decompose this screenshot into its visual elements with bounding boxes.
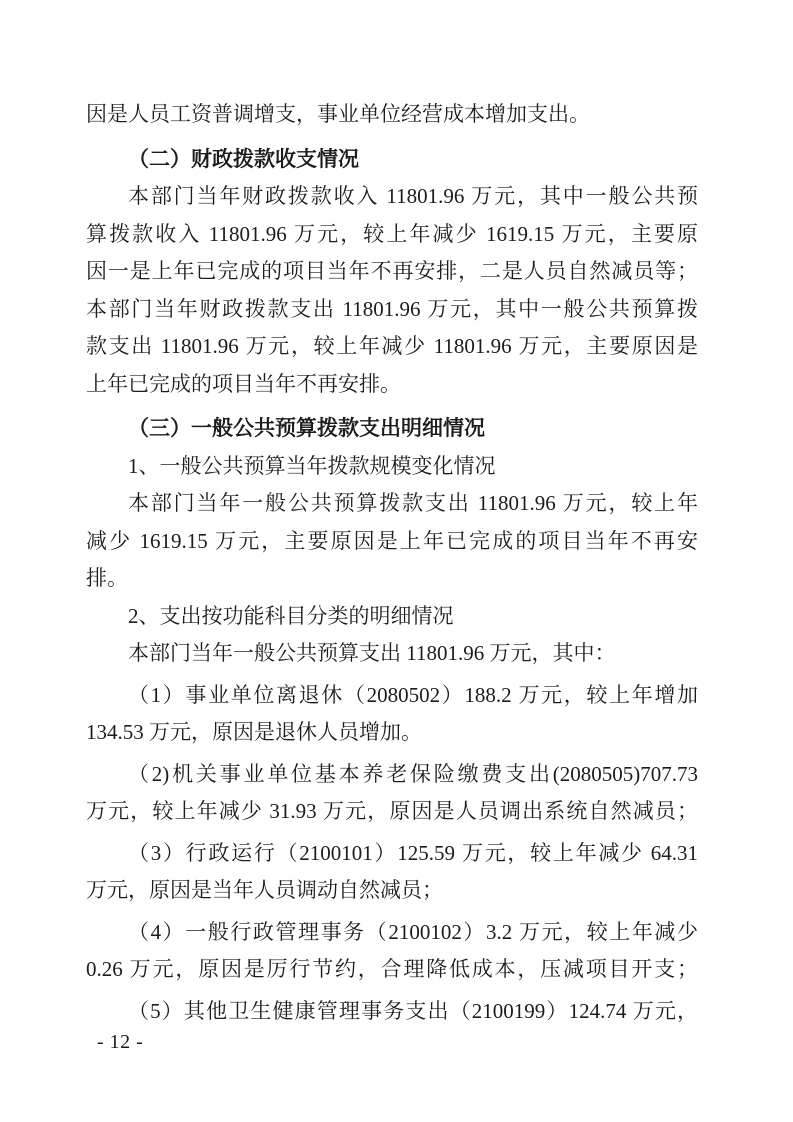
page-content: 因是人员工资普调增支，事业单位经营成本增加支出。（二）财政拨款收支情况本部门当年… [86, 96, 698, 1030]
text-line: 排。 [86, 560, 698, 598]
text-line: 因一是上年已完成的项目当年不再安排，二是人员自然减员等； [86, 253, 698, 291]
list-item-paragraph: （4）一般行政管理事务（2100102）3.2 万元，较上年减少0.26 万元，… [86, 914, 698, 989]
text-line: （4）一般行政管理事务（2100102）3.2 万元，较上年减少 [86, 914, 698, 952]
text-line: （二）财政拨款收支情况 [86, 141, 698, 179]
page-number: - 12 - [97, 1028, 143, 1056]
text-line: 算拨款收入 11801.96 万元，较上年减少 1619.15 万元，主要原 [86, 216, 698, 254]
text-line: （5）其他卫生健康管理事务支出（2100199）124.74 万元， [86, 993, 698, 1031]
text-line: 万元，原因是当年人员调动自然减员； [86, 872, 698, 910]
list-item-paragraph: （3）行政运行（2100101）125.59 万元，较上年减少 64.31万元，… [86, 835, 698, 910]
body-paragraph: 1、一般公共预算当年拨款规模变化情况 [86, 448, 698, 486]
text-line: 款支出 11801.96 万元，较上年减少 11801.96 万元，主要原因是 [86, 328, 698, 366]
text-line: （三）一般公共预算拨款支出明细情况 [86, 410, 698, 448]
text-line: 2、支出按功能科目分类的明细情况 [86, 598, 698, 636]
text-line: 本部门当年财政拨款收入 11801.96 万元，其中一般公共预 [86, 178, 698, 216]
list-item-paragraph: （1）事业单位离退休（2080502）188.2 万元，较上年增加134.53 … [86, 677, 698, 752]
text-line: 减少 1619.15 万元，主要原因是上年已完成的项目当年不再安 [86, 523, 698, 561]
body-paragraph: 本部门当年一般公共预算支出 11801.96 万元，其中： [86, 635, 698, 673]
list-item-paragraph: （5）其他卫生健康管理事务支出（2100199）124.74 万元， [86, 993, 698, 1031]
text-line: 本部门当年一般公共预算支出 11801.96 万元，其中： [86, 635, 698, 673]
text-line: （3）行政运行（2100101）125.59 万元，较上年减少 64.31 [86, 835, 698, 873]
body-paragraph: 本部门当年财政拨款收入 11801.96 万元，其中一般公共预算拨款收入 118… [86, 178, 698, 403]
body-paragraph: 2、支出按功能科目分类的明细情况 [86, 598, 698, 636]
section-heading: （二）财政拨款收支情况 [86, 141, 698, 179]
document-page: 因是人员工资普调增支，事业单位经营成本增加支出。（二）财政拨款收支情况本部门当年… [0, 0, 793, 1122]
text-line: 本部门当年财政拨款支出 11801.96 万元，其中一般公共预算拨 [86, 291, 698, 329]
text-line: 因是人员工资普调增支，事业单位经营成本增加支出。 [86, 96, 698, 134]
body-paragraph: 本部门当年一般公共预算拨款支出 11801.96 万元，较上年减少 1619.1… [86, 485, 698, 598]
text-line: 本部门当年一般公共预算拨款支出 11801.96 万元，较上年 [86, 485, 698, 523]
body-paragraph: 因是人员工资普调增支，事业单位经营成本增加支出。 [86, 96, 698, 134]
section-heading: （三）一般公共预算拨款支出明细情况 [86, 410, 698, 448]
list-item-paragraph: （2)机关事业单位基本养老保险缴费支出(2080505)707.73万元，较上年… [86, 756, 698, 831]
text-line: 1、一般公共预算当年拨款规模变化情况 [86, 448, 698, 486]
text-line: （1）事业单位离退休（2080502）188.2 万元，较上年增加 [86, 677, 698, 715]
text-line: 134.53 万元，原因是退休人员增加。 [86, 714, 698, 752]
text-line: 0.26 万元，原因是厉行节约，合理降低成本，压减项目开支； [86, 951, 698, 989]
text-line: 上年已完成的项目当年不再安排。 [86, 366, 698, 404]
text-line: 万元，较上年减少 31.93 万元，原因是人员调出系统自然减员； [86, 793, 698, 831]
text-line: （2)机关事业单位基本养老保险缴费支出(2080505)707.73 [86, 756, 698, 794]
